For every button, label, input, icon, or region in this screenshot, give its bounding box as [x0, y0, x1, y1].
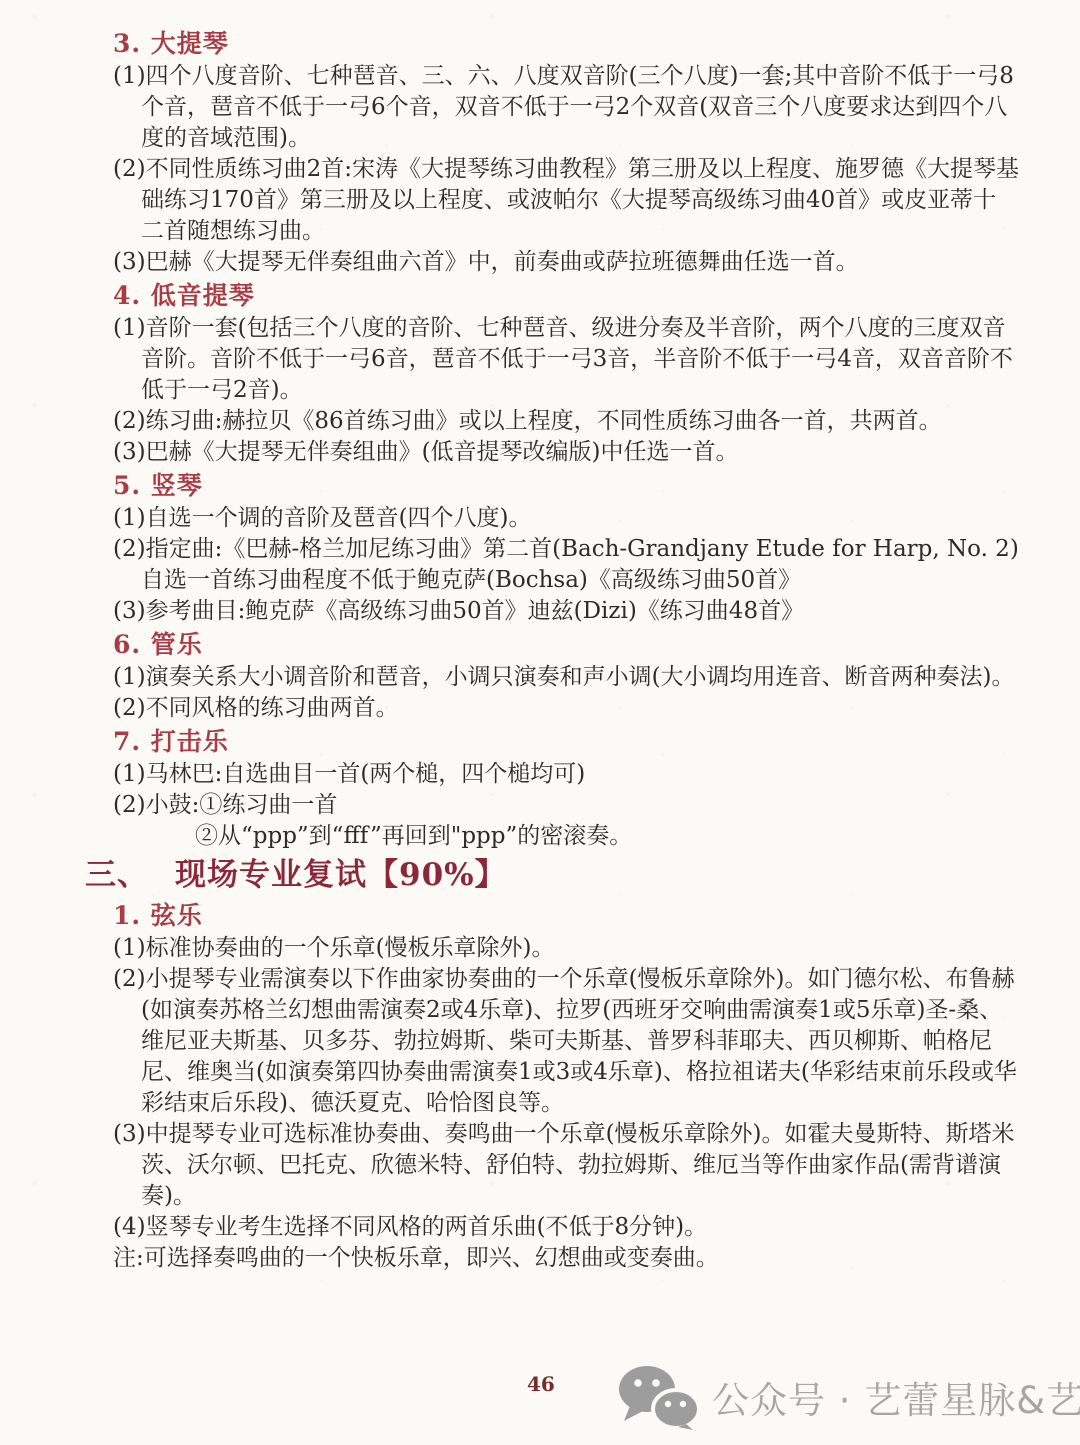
wechat-icon	[614, 1364, 702, 1430]
list-item: (1)标准协奏曲的一个乐章(慢板乐章除外)。	[113, 933, 1019, 964]
list-item: (2)小提琴专业需演奏以下作曲家协奏曲的一个乐章(慢板乐章除外)。如门德尔松、布…	[113, 964, 1019, 1119]
list-item: (4)竖琴专业考生选择不同风格的两首乐曲(不低于8分钟)。	[113, 1212, 1019, 1243]
list-item: (2)不同风格的练习曲两首。	[113, 693, 1019, 724]
list-item: (2)不同性质练习曲2首:宋涛《大提琴练习曲教程》第三册及以上程度、施罗德《大提…	[113, 154, 1019, 247]
document-body: 3. 大提琴(1)四个八度音阶、七种琶音、三、六、八度双音阶(三个八度)一套;其…	[113, 26, 1019, 1274]
list-item: (1)马林巴:自选曲目一首(两个槌，四个槌均可)	[113, 759, 1019, 790]
watermark: 公众号 · 艺蕾星脉&艺蕾艺术	[614, 1362, 1080, 1432]
document-page: 3. 大提琴(1)四个八度音阶、七种琶音、三、六、八度双音阶(三个八度)一套;其…	[0, 0, 1080, 1445]
list-item: (3)参考曲目:鲍克萨《高级练习曲50首》迪兹(Dizi)《练习曲48首》	[113, 596, 1019, 627]
list-item-continuation: 自选一首练习曲程度不低于鲍克萨(Bochsa)《高级练习曲50首》	[113, 565, 1019, 596]
list-item: (3)中提琴专业可选标准协奏曲、奏鸣曲一个乐章(慢板乐章除外)。如霍夫曼斯特、斯…	[113, 1119, 1019, 1212]
list-item-continuation: ②从“ppp”到“fff”再回到"ppp”的密滚奏。	[113, 821, 1019, 852]
section-heading: 4. 低音提琴	[113, 278, 1019, 313]
section-heading: 7. 打击乐	[113, 724, 1019, 759]
list-item: (3)巴赫《大提琴无伴奏组曲》(低音提琴改编版)中任选一首。	[113, 437, 1019, 468]
list-item: (2)指定曲:《巴赫-格兰加尼练习曲》第二首(Bach-Grandjany Et…	[113, 534, 1019, 565]
section-heading: 1. 弦乐	[113, 898, 1019, 933]
page-number: 46	[527, 1372, 555, 1396]
watermark-text: 公众号 · 艺蕾星脉&艺蕾艺术	[712, 1370, 1080, 1424]
list-item: (1)音阶一套(包括三个八度的音阶、七种琶音、级进分奏及半音阶，两个八度的三度双…	[113, 313, 1019, 406]
list-item: 注:可选择奏鸣曲的一个快板乐章，即兴、幻想曲或变奏曲。	[113, 1243, 1019, 1274]
list-item: (2)小鼓:①练习曲一首	[113, 790, 1019, 821]
list-item: (2)练习曲:赫拉贝《86首练习曲》或以上程度，不同性质练习曲各一首，共两首。	[113, 406, 1019, 437]
list-item: (3)巴赫《大提琴无伴奏组曲六首》中，前奏曲或萨拉班德舞曲任选一首。	[113, 247, 1019, 278]
major-heading-title: 现场专业复试【90%】	[175, 857, 507, 893]
major-section-heading: 三、现场专业复试【90%】	[85, 852, 1019, 898]
list-item: (1)演奏关系大小调音阶和琶音，小调只演奏和声小调(大小调均用连音、断音两种奏法…	[113, 662, 1019, 693]
section-heading: 3. 大提琴	[113, 26, 1019, 61]
section-heading: 5. 竖琴	[113, 468, 1019, 503]
list-item: (1)四个八度音阶、七种琶音、三、六、八度双音阶(三个八度)一套;其中音阶不低于…	[113, 61, 1019, 154]
major-heading-number: 三、	[85, 857, 149, 893]
section-heading: 6. 管乐	[113, 627, 1019, 662]
list-item: (1)自选一个调的音阶及琶音(四个八度)。	[113, 503, 1019, 534]
